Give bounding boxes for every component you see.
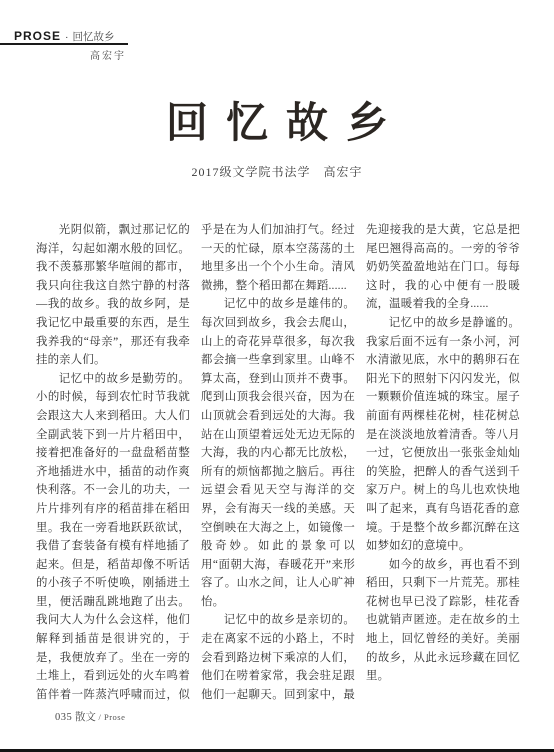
footer-section-en: Prose (104, 712, 125, 722)
article-title: 回忆故乡 (0, 90, 554, 150)
masthead-section-title: 回忆故乡 (73, 31, 115, 43)
magazine-page: PROSE·回忆故乡 高宏宇 回忆故乡 2017级文学院书法学 高宏宇 光阴似箭… (0, 0, 554, 752)
masthead-separator: · (65, 31, 69, 43)
page-number: 035 (55, 712, 72, 723)
masthead-prose-label: PROSE (14, 29, 61, 43)
masthead-author: 高宏宇 (0, 47, 126, 62)
body-paragraph: 记忆中的故乡是雄伟的。每次回到故乡，我会去爬山，山上的奇花异草很多，每次我都会摘… (201, 295, 355, 611)
body-paragraph: 光阴似箭，飘过那记忆的海洋，勾起如潮水般的回忆。我不羡慕那繁华喧闹的都市，我只向… (36, 221, 190, 370)
footer-section-label: 散文 (75, 712, 96, 723)
masthead: PROSE·回忆故乡 (14, 29, 115, 44)
body-paragraph: 如今的故乡，再也看不到稻田，只剩下一片荒芜。那桂花树也早已没了踪影，桂花香也就销… (366, 556, 520, 686)
body-paragraph: 记忆中的故乡是静谧的。我家后面不远有一条小河，河水清澈见底，水中的鹅卵石在阳光下… (366, 314, 520, 556)
byline: 2017级文学院书法学 高宏宇 (0, 163, 554, 180)
masthead-rule (0, 43, 128, 45)
page-footer: 035 散文 / Prose (55, 709, 125, 724)
article-body: 光阴似箭，飘过那记忆的海洋，勾起如潮水般的回忆。我不羡慕那繁华喧闹的都市，我只向… (36, 221, 520, 707)
footer-divider: / (99, 712, 102, 722)
